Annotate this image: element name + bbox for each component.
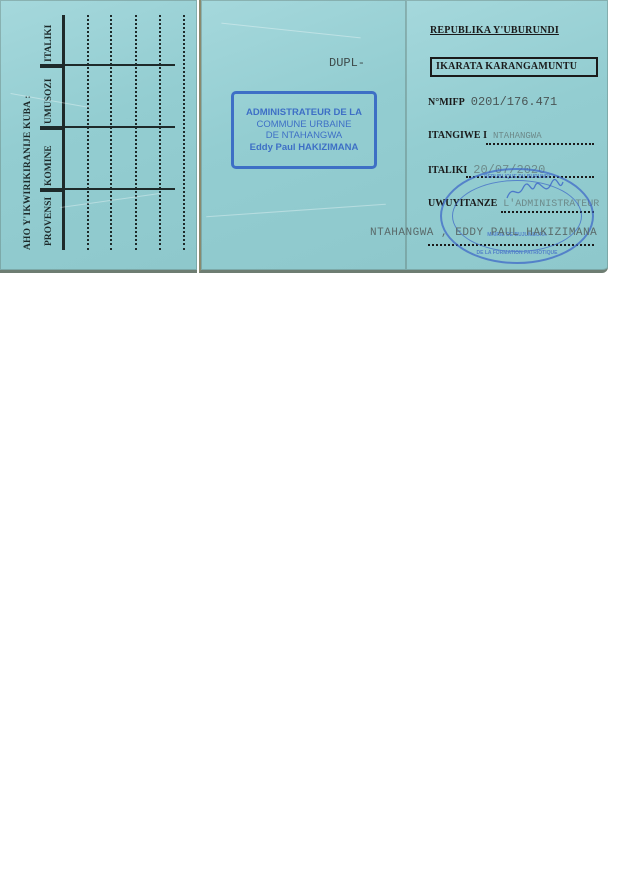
- table-row-line: [110, 15, 112, 250]
- table-row-line: [183, 15, 185, 250]
- mifp-label: N°MIFP: [428, 97, 465, 108]
- issued-at-value: NTAHANGWA: [493, 131, 542, 141]
- issuer-name: NTAHANGWA , EDDY PAUL HAKIZIMANA: [370, 227, 597, 239]
- column-provensi: PROVENSI: [40, 190, 62, 250]
- residence-table: PROVENSI KOMINE UMUSOZI ITALIKI: [40, 15, 195, 250]
- column-divider: [40, 64, 175, 66]
- column-komine: KOMINE: [40, 128, 62, 190]
- residence-title: AHO Y'IKWIRIKIRANIJE KUBA :: [23, 95, 33, 250]
- mifp-value: 0201/176.471: [471, 95, 557, 109]
- table-row-line: [159, 15, 161, 250]
- residence-table-rows: [65, 15, 195, 250]
- crease-mark: [221, 23, 360, 39]
- signature-icon: [505, 178, 565, 203]
- column-divider: [40, 126, 175, 128]
- stamp-line-2: COMMUNE URBAINE: [256, 119, 351, 131]
- identity-card: AHO Y'IKWIRIKIRANIJE KUBA : PROVENSI KOM…: [0, 0, 610, 276]
- stamp-line-1: ADMINISTRATEUR DE LA: [246, 107, 362, 119]
- administrator-stamp: ADMINISTRATEUR DE LA COMMUNE URBAINE DE …: [231, 91, 377, 169]
- dotted-line: [486, 143, 594, 145]
- card-title-box: IKARATA KARANGAMUNTU: [430, 57, 598, 77]
- duplicate-mark: DUPL-: [329, 56, 365, 70]
- column-umusozi: UMUSOZI: [40, 66, 62, 128]
- column-italiki: ITALIKI: [40, 15, 62, 66]
- stamp-line-4: Eddy Paul HAKIZIMANA: [250, 142, 359, 154]
- oval-stamp-bottom-text: DE LA FORMATION PATRIOTIQUE: [442, 250, 592, 256]
- residence-history-panel: AHO Y'IKWIRIKIRANIJE KUBA : PROVENSI KOM…: [0, 0, 197, 273]
- field-issued-at: ITANGIWE INTAHANGWA: [428, 130, 542, 141]
- table-row-line: [135, 15, 137, 250]
- column-divider: [40, 188, 175, 190]
- residence-table-header: PROVENSI KOMINE UMUSOZI ITALIKI: [40, 15, 65, 250]
- table-row-line: [87, 15, 89, 250]
- residence-table-rotated: AHO Y'IKWIRIKIRANIJE KUBA : PROVENSI KOM…: [0, 0, 197, 270]
- crease-mark: [206, 204, 386, 218]
- field-mifp: N°MIFP0201/176.471: [428, 95, 557, 109]
- issued-at-label: ITANGIWE I: [428, 130, 487, 141]
- stamp-line-3: DE NTAHANGWA: [266, 130, 343, 142]
- republic-heading: REPUBLIKA Y'UBURUNDI: [430, 25, 559, 36]
